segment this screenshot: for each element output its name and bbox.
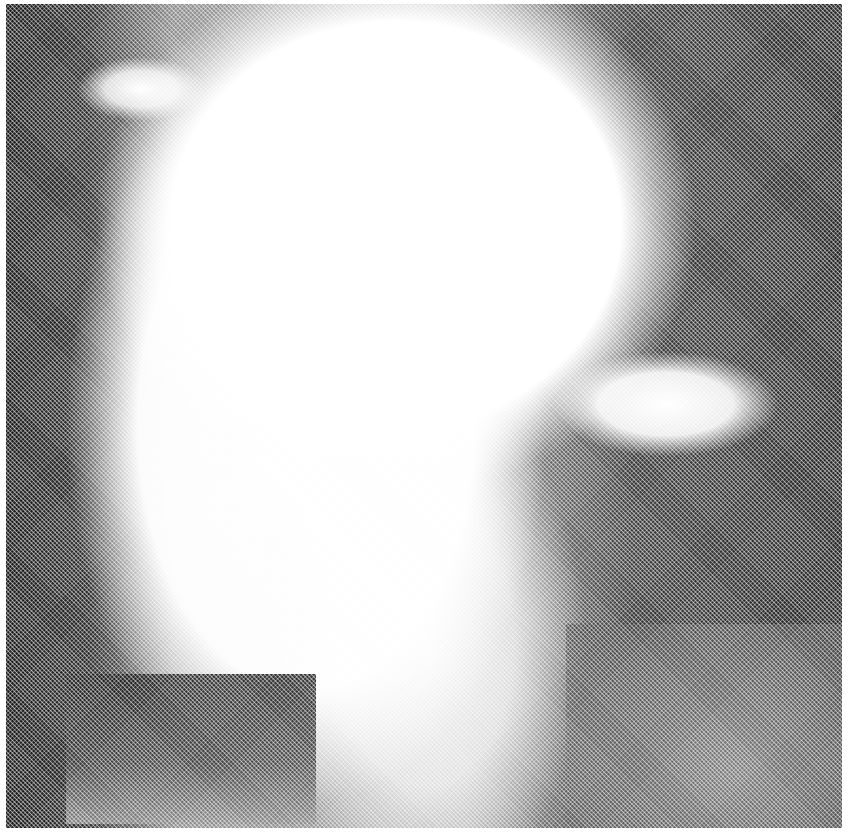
halftone-photo <box>6 4 842 828</box>
lower-right-shadow-region <box>566 624 842 828</box>
dark-lower-left-region <box>66 674 316 824</box>
